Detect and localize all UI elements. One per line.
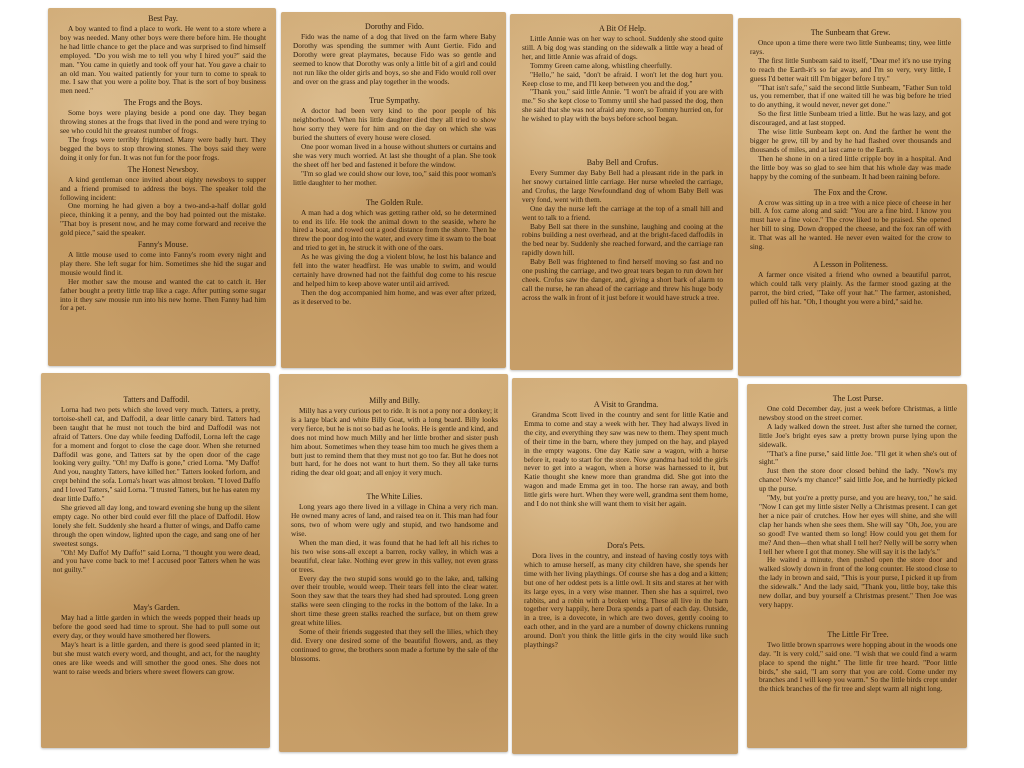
story: The Frogs and the Boys.Some boys were pl… xyxy=(60,98,266,162)
story-paragraph: One poor woman lived in a house without … xyxy=(293,143,496,170)
story: The Fox and the Crow.A crow was sitting … xyxy=(750,188,951,252)
story-paragraph: A crow was sitting up in a tree with a n… xyxy=(750,199,951,252)
story-paragraph: Then the dog accompanied him home, and w… xyxy=(293,289,496,307)
story-paragraph: Her mother saw the mouse and wanted the … xyxy=(60,278,266,314)
story-paragraph: A lady walked down the street. Just afte… xyxy=(759,423,957,450)
story-paragraph: When the man died, it was found that he … xyxy=(291,539,498,575)
story-paragraph: "Hello," he said, "don't be afraid. I wo… xyxy=(522,71,723,89)
story-paragraph: The wise little Sunbeam kept on. And the… xyxy=(750,128,951,155)
story-paragraph: Just then the store door closed behind t… xyxy=(759,467,957,494)
story: Best Pay.A boy wanted to find a place to… xyxy=(60,14,266,96)
story: Fanny's Mouse.A little mouse used to com… xyxy=(60,240,266,313)
story-card-6: Milly and Billy.Milly has a very curious… xyxy=(279,374,508,752)
story-paragraph: May's heart is a little garden, and ther… xyxy=(53,641,260,677)
story-card-5: Tatters and Daffodil.Lorna had two pets … xyxy=(41,373,270,748)
story: Milly and Billy.Milly has a very curious… xyxy=(291,396,498,478)
story-paragraph: Baby Bell sat there in the sunshine, lau… xyxy=(522,223,723,259)
story-paragraph: A farmer once visited a friend who owned… xyxy=(750,271,951,307)
story-paragraph: The frogs were terribly frightened. Many… xyxy=(60,136,266,163)
story-paragraph: Every day the two stupid sons would go t… xyxy=(291,575,498,628)
story-paragraph: May had a little garden in which the wee… xyxy=(53,614,260,641)
story-paragraph: He waited a minute, then pushed open the… xyxy=(759,556,957,609)
story-paragraph: She grieved all day long, and toward eve… xyxy=(53,504,260,549)
story-paragraph: "Thank you," said little Annie. "I won't… xyxy=(522,88,723,124)
story-paragraph: Dora lives in the country, and instead o… xyxy=(524,552,728,650)
story-paragraph: Once upon a time there were two little S… xyxy=(750,39,951,57)
story-paragraph: Then he shone in on a tired little cripp… xyxy=(750,155,951,182)
story-paragraph: "My, but you're a pretty purse, and you … xyxy=(759,494,957,556)
story-card-2: Dorothy and Fido.Fido was the name of a … xyxy=(281,12,506,368)
story: A Visit to Grandma.Grandma Scott lived i… xyxy=(524,400,728,509)
story-card-3: A Bit Of Help.Little Annie was on her wa… xyxy=(510,14,733,370)
story: The White Lilies.Long years ago there li… xyxy=(291,492,498,663)
story-paragraph: A kind gentleman once invited about eigh… xyxy=(60,176,266,203)
story-paragraph: Every Summer day Baby Bell had a pleasan… xyxy=(522,169,723,205)
story: The Little Fir Tree.Two little brown spa… xyxy=(759,630,957,694)
story-paragraph: Two little brown sparrows were hopping a… xyxy=(759,641,957,694)
story-title: Dorothy and Fido. xyxy=(293,22,496,32)
story-card-4: The Sunbeam that Grew.Once upon a time t… xyxy=(738,18,961,376)
story-paragraph: Little Annie was on her way to school. S… xyxy=(522,35,723,62)
story: A Bit Of Help.Little Annie was on her wa… xyxy=(522,24,723,124)
story-title: The Honest Newsboy. xyxy=(60,165,266,175)
story-title: Milly and Billy. xyxy=(291,396,498,406)
story: The Lost Purse.One cold December day, ju… xyxy=(759,394,957,610)
story-card-7: A Visit to Grandma.Grandma Scott lived i… xyxy=(512,378,738,754)
story: A Lesson in Politeness.A farmer once vis… xyxy=(750,260,951,307)
story-card-1: Best Pay.A boy wanted to find a place to… xyxy=(48,8,276,366)
story-title: True Sympathy. xyxy=(293,96,496,106)
story: May's Garden.May had a little garden in … xyxy=(53,603,260,676)
story-paragraph: A doctor had been very kind to the poor … xyxy=(293,107,496,143)
story-paragraph: A man had a dog which was getting rather… xyxy=(293,209,496,254)
story-paragraph: "Oh! My Daffo! My Daffo!" said Lorna, "I… xyxy=(53,549,260,576)
story-title: May's Garden. xyxy=(53,603,260,613)
story-title: The Little Fir Tree. xyxy=(759,630,957,640)
story: Baby Bell and Crofus.Every Summer day Ba… xyxy=(522,158,723,303)
story-paragraph: "That's a fine purse," said little Joe. … xyxy=(759,450,957,468)
story-title: A Lesson in Politeness. xyxy=(750,260,951,270)
story-title: Best Pay. xyxy=(60,14,266,24)
story-paragraph: Some boys were playing beside a pond one… xyxy=(60,109,266,136)
story-title: The Lost Purse. xyxy=(759,394,957,404)
story-paragraph: A little mouse used to come into Fanny's… xyxy=(60,251,266,278)
story-paragraph: The first little Sunbeam said to itself,… xyxy=(750,57,951,84)
story-paragraph: Long years ago there lived in a village … xyxy=(291,503,498,539)
story: Dorothy and Fido.Fido was the name of a … xyxy=(293,22,496,86)
story-paragraph: A boy wanted to find a place to work. He… xyxy=(60,25,266,96)
story-title: Fanny's Mouse. xyxy=(60,240,266,250)
story: The Sunbeam that Grew.Once upon a time t… xyxy=(750,28,951,182)
story-title: Dora's Pets. xyxy=(524,541,728,551)
story-paragraph: "That isn't safe," said the second littl… xyxy=(750,84,951,111)
story-card-8: The Lost Purse.One cold December day, ju… xyxy=(747,384,967,748)
story-title: The Golden Rule. xyxy=(293,198,496,208)
story: True Sympathy.A doctor had been very kin… xyxy=(293,96,496,187)
story-title: The Frogs and the Boys. xyxy=(60,98,266,108)
story-paragraph: One morning he had given a boy a two-and… xyxy=(60,202,266,238)
story-title: A Visit to Grandma. xyxy=(524,400,728,410)
story-title: The Fox and the Crow. xyxy=(750,188,951,198)
story-title: The White Lilies. xyxy=(291,492,498,502)
story-title: Baby Bell and Crofus. xyxy=(522,158,723,168)
story: Dora's Pets.Dora lives in the country, a… xyxy=(524,541,728,650)
story: The Honest Newsboy.A kind gentleman once… xyxy=(60,165,266,238)
story: Tatters and Daffodil.Lorna had two pets … xyxy=(53,395,260,575)
story-paragraph: Some of their friends suggested that the… xyxy=(291,628,498,664)
story-title: A Bit Of Help. xyxy=(522,24,723,34)
story-paragraph: Lorna had two pets which she loved very … xyxy=(53,406,260,504)
story-title: Tatters and Daffodil. xyxy=(53,395,260,405)
story: The Golden Rule.A man had a dog which wa… xyxy=(293,198,496,307)
story-paragraph: Grandma Scott lived in the country and s… xyxy=(524,411,728,509)
story-paragraph: Baby Bell was frightened to find herself… xyxy=(522,258,723,303)
story-paragraph: As he was giving the dog a violent blow,… xyxy=(293,253,496,289)
story-paragraph: One day the nurse left the carriage at t… xyxy=(522,205,723,223)
story-paragraph: So the first little Sunbeam tried a litt… xyxy=(750,110,951,128)
story-paragraph: One cold December day, just a week befor… xyxy=(759,405,957,423)
story-paragraph: Milly has a very curious pet to ride. It… xyxy=(291,407,498,478)
story-paragraph: "I'm so glad we could show our love, too… xyxy=(293,170,496,188)
story-title: The Sunbeam that Grew. xyxy=(750,28,951,38)
story-paragraph: Fido was the name of a dog that lived on… xyxy=(293,33,496,86)
